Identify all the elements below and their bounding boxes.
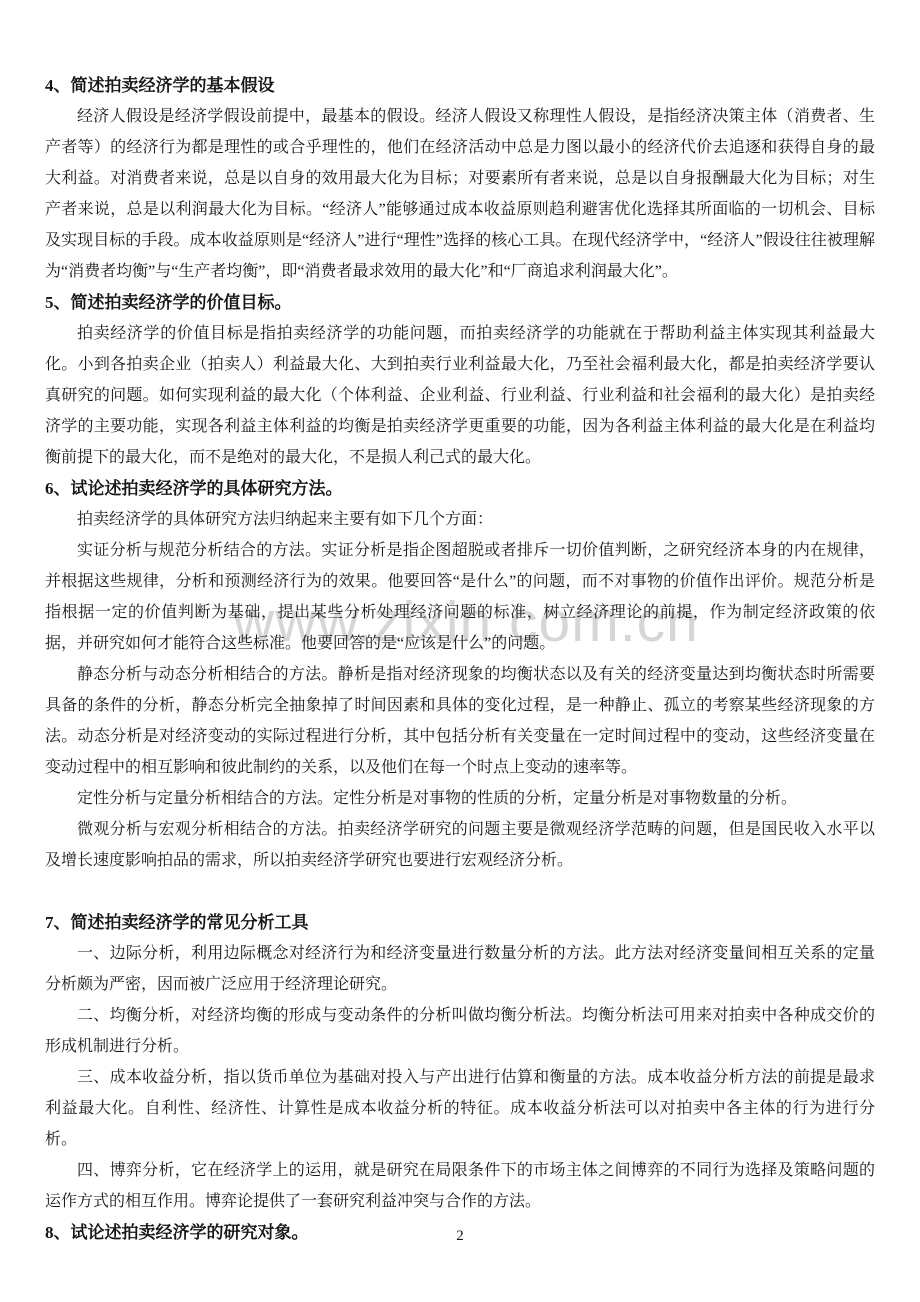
paragraph: 二、均衡分析，对经济均衡的形成与变动条件的分析叫做均衡分析法。均衡分析法可用来对… <box>45 1000 875 1062</box>
section-7: 7、简述拍卖经济学的常见分析工具 一、边际分析，利用边际概念对经济行为和经济变量… <box>45 907 875 1217</box>
section-heading: 7、简述拍卖经济学的常见分析工具 <box>45 907 875 938</box>
section-5: 5、简述拍卖经济学的价值目标。 拍卖经济学的价值目标是指拍卖经济学的功能问题，而… <box>45 287 875 473</box>
section-6: 6、试论述拍卖经济学的具体研究方法。 拍卖经济学的具体研究方法归纳起来主要有如下… <box>45 473 875 876</box>
paragraph: 微观分析与宏观分析相结合的方法。拍卖经济学研究的问题主要是微观经济学范畴的问题，… <box>45 814 875 876</box>
section-heading: 6、试论述拍卖经济学的具体研究方法。 <box>45 473 875 504</box>
section-4: 4、简述拍卖经济学的基本假设 经济人假设是经济学假设前提中，最基本的假设。经济人… <box>45 70 875 287</box>
paragraph: 三、成本收益分析，指以货币单位为基础对投入与产出进行估算和衡量的方法。成本收益分… <box>45 1062 875 1155</box>
paragraph: 定性分析与定量分析相结合的方法。定性分析是对事物的性质的分析，定量分析是对事物数… <box>45 783 875 814</box>
paragraph: 四、博弈分析，它在经济学上的运用，就是研究在局限条件下的市场主体之间博弈的不同行… <box>45 1155 875 1217</box>
section-heading: 4、简述拍卖经济学的基本假设 <box>45 70 875 101</box>
document-content: 4、简述拍卖经济学的基本假设 经济人假设是经济学假设前提中，最基本的假设。经济人… <box>0 0 920 1248</box>
page-number: 2 <box>0 1226 920 1246</box>
document-page: www.zixin.com.cn 4、简述拍卖经济学的基本假设 经济人假设是经济… <box>0 0 920 1302</box>
paragraph: 拍卖经济学的价值目标是指拍卖经济学的功能问题，而拍卖经济学的功能就在于帮助利益主… <box>45 318 875 473</box>
paragraph: 经济人假设是经济学假设前提中，最基本的假设。经济人假设又称理性人假设，是指经济决… <box>45 101 875 287</box>
section-heading: 5、简述拍卖经济学的价值目标。 <box>45 287 875 318</box>
paragraph: 拍卖经济学的具体研究方法归纳起来主要有如下几个方面： <box>45 504 875 535</box>
paragraph: 静态分析与动态分析相结合的方法。静析是指对经济现象的均衡状态以及有关的经济变量达… <box>45 659 875 783</box>
blank-line <box>45 876 875 907</box>
paragraph: 一、边际分析，利用边际概念对经济行为和经济变量进行数量分析的方法。此方法对经济变… <box>45 938 875 1000</box>
paragraph: 实证分析与规范分析结合的方法。实证分析是指企图超脱或者排斥一切价值判断，之研究经… <box>45 535 875 659</box>
